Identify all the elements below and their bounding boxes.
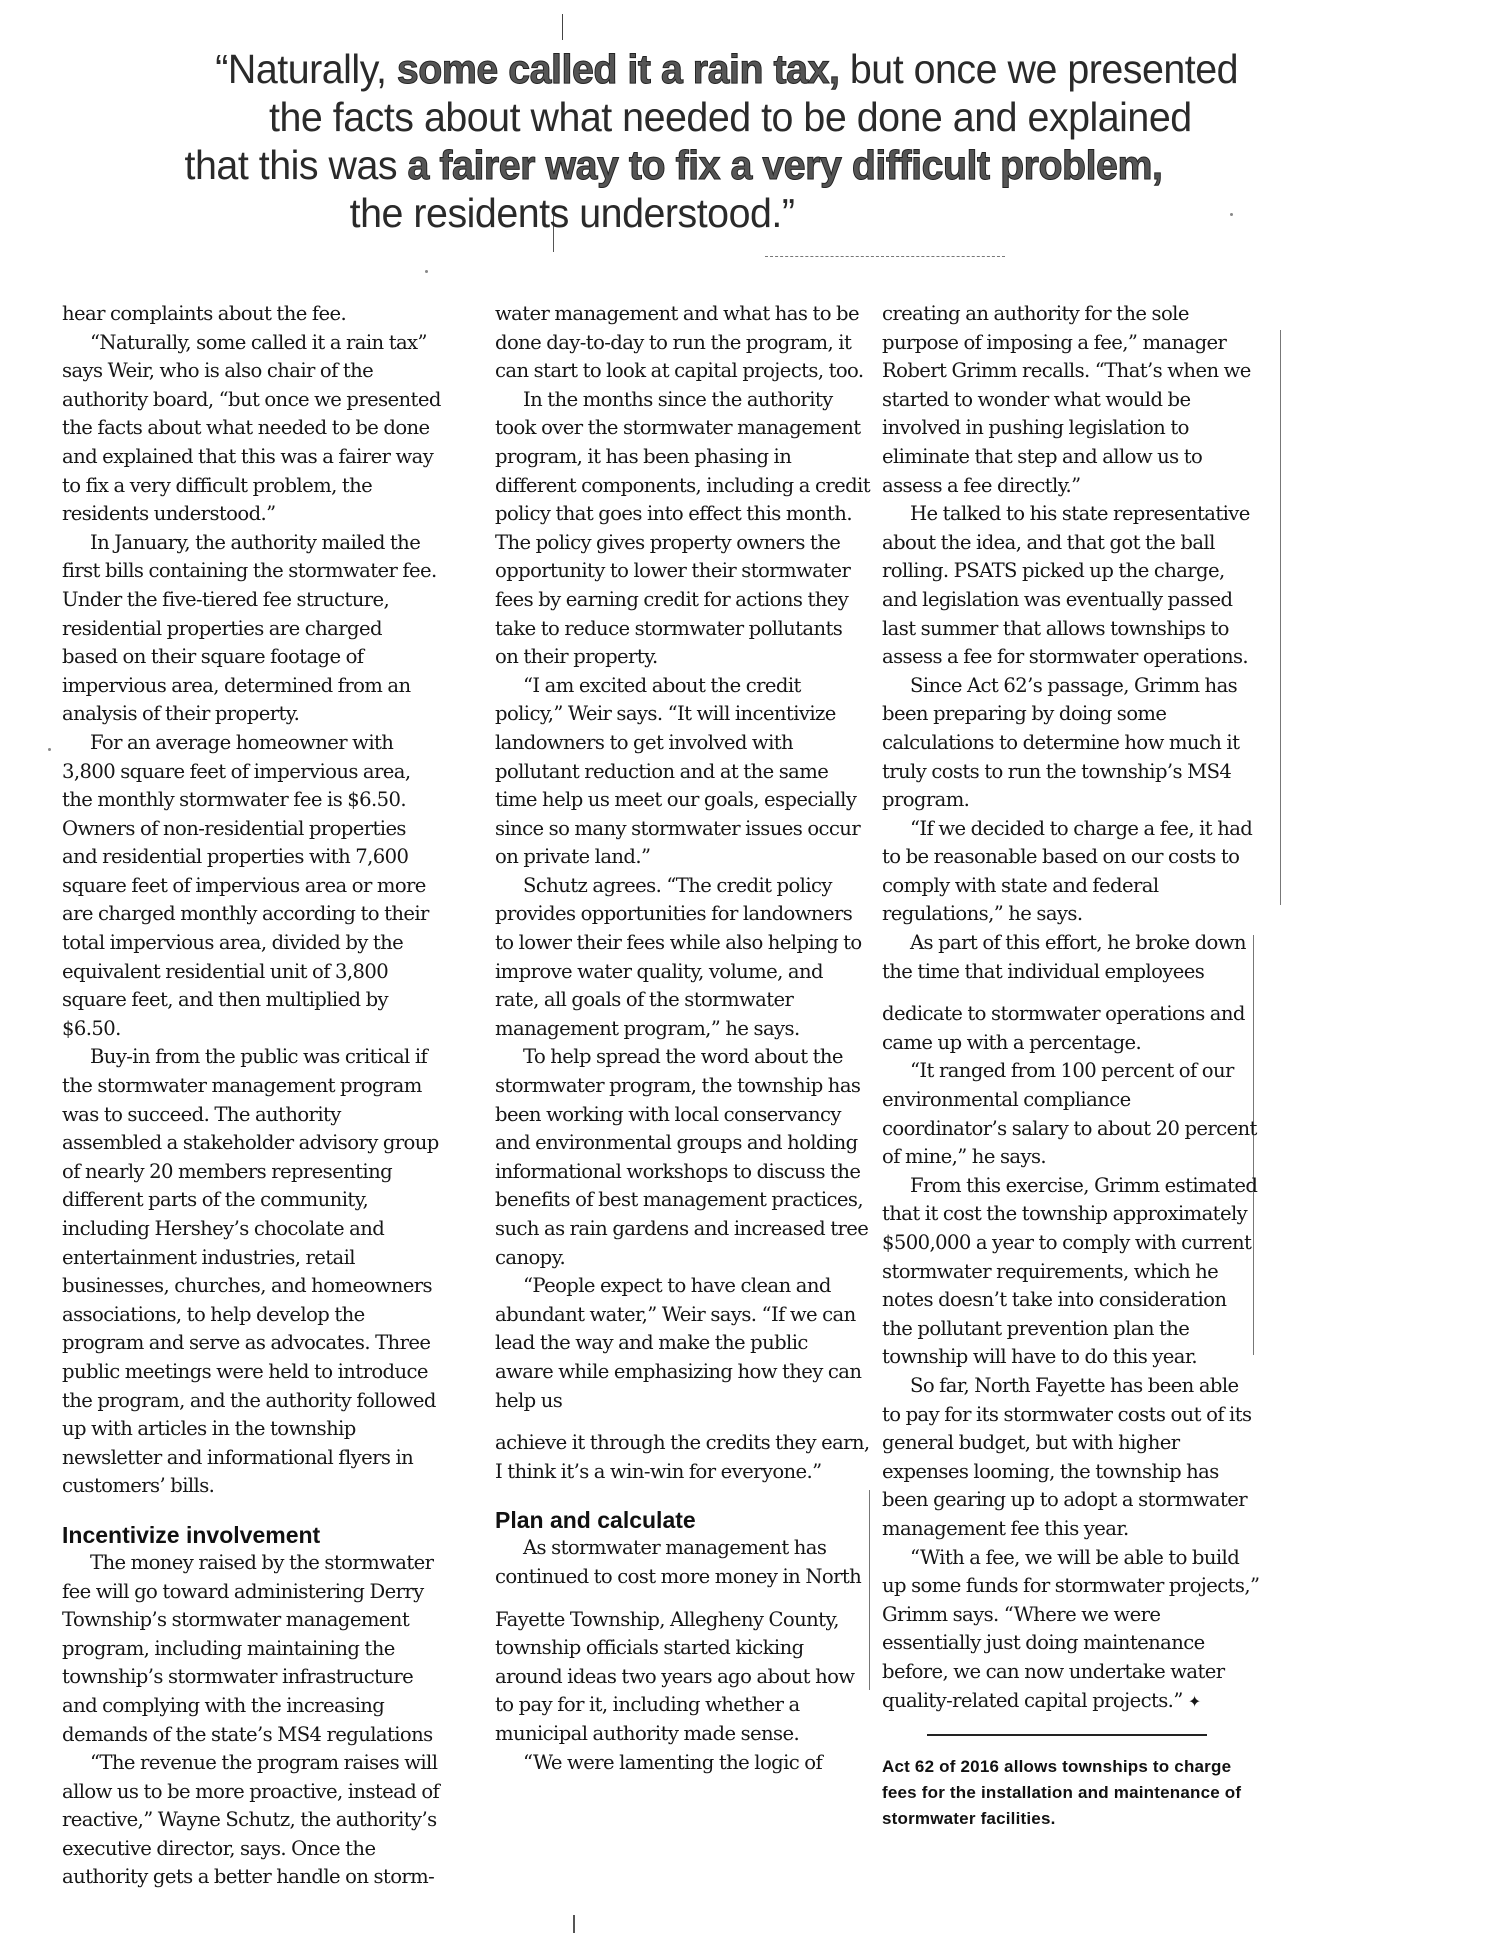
scan-speck <box>425 270 428 273</box>
paragraph: “With a fee, we will be able to build up… <box>882 1544 1260 1717</box>
scan-edge-line <box>1280 330 1281 905</box>
paragraph: For an average homeowner with 3,800 squa… <box>62 729 442 1044</box>
pull-quote: “Naturally, some called it a rain tax, b… <box>150 45 1302 237</box>
paragraph: In the months since the authority took o… <box>495 386 870 672</box>
paragraph: Since Act 62’s passage, Grimm has been p… <box>882 672 1260 815</box>
pull-quote-line: the residents understood.” <box>150 189 1302 237</box>
paragraph: “Naturally, some called it a rain tax” s… <box>62 329 442 529</box>
paragraph: From this exercise, Grimm estimated that… <box>882 1172 1260 1372</box>
paragraph: In January, the authority mailed the fir… <box>62 529 442 729</box>
sidebar-note: Act 62 of 2016 allows townships to charg… <box>882 1754 1260 1832</box>
decorative-rule <box>765 256 1005 257</box>
paragraph: “People expect to have clean and abundan… <box>495 1272 870 1415</box>
scan-mark <box>562 14 563 40</box>
paragraph: “We were lamenting the logic of <box>495 1749 870 1778</box>
divider <box>927 1734 1207 1736</box>
pull-quote-line: that this was a fairer way to fix a very… <box>150 141 1302 189</box>
paragraph: “It ranged from 100 percent of our envir… <box>882 1057 1260 1171</box>
paragraph: dedicate to stormwater operations and ca… <box>882 1000 1260 1057</box>
paragraph: As part of this effort, he broke down th… <box>882 929 1260 986</box>
paragraph: Schutz agrees. “The credit policy provid… <box>495 872 870 1044</box>
paragraph: “I am excited about the credit policy,” … <box>495 672 870 872</box>
paragraph: water management and what has to be done… <box>495 300 870 386</box>
paragraph: Fayette Township, Allegheny County, town… <box>495 1606 870 1749</box>
end-of-article-icon: ✦ <box>1188 1692 1201 1711</box>
section-heading: Incentivize involvement <box>62 1521 442 1549</box>
paragraph: The money raised by the stormwater fee w… <box>62 1549 442 1749</box>
paragraph: hear complaints about the fee. <box>62 300 442 329</box>
paragraph: “If we decided to charge a fee, it had t… <box>882 815 1260 929</box>
paragraph: achieve it through the credits they earn… <box>495 1429 870 1486</box>
paragraph: Buy-in from the public was critical if t… <box>62 1043 442 1501</box>
section-heading: Plan and calculate <box>495 1506 870 1534</box>
scan-speck <box>48 748 51 751</box>
article-column-2: water management and what has to be done… <box>495 300 870 1777</box>
article-column-3: creating an authority for the sole purpo… <box>882 300 1260 1832</box>
pull-quote-line: “Naturally, some called it a rain tax, b… <box>150 45 1302 93</box>
paragraph: He talked to his state representative ab… <box>882 500 1260 672</box>
article-column-1: hear complaints about the fee. “Naturall… <box>62 300 442 1892</box>
paragraph: “The revenue the program raises will all… <box>62 1749 442 1892</box>
paragraph: creating an authority for the sole purpo… <box>882 300 1260 500</box>
paragraph: To help spread the word about the stormw… <box>495 1043 870 1272</box>
scan-mark <box>573 1915 575 1933</box>
pull-quote-line: the facts about what needed to be done a… <box>150 93 1302 141</box>
paragraph: As stormwater management has continued t… <box>495 1534 870 1591</box>
paragraph: So far, North Fayette has been able to p… <box>882 1372 1260 1544</box>
